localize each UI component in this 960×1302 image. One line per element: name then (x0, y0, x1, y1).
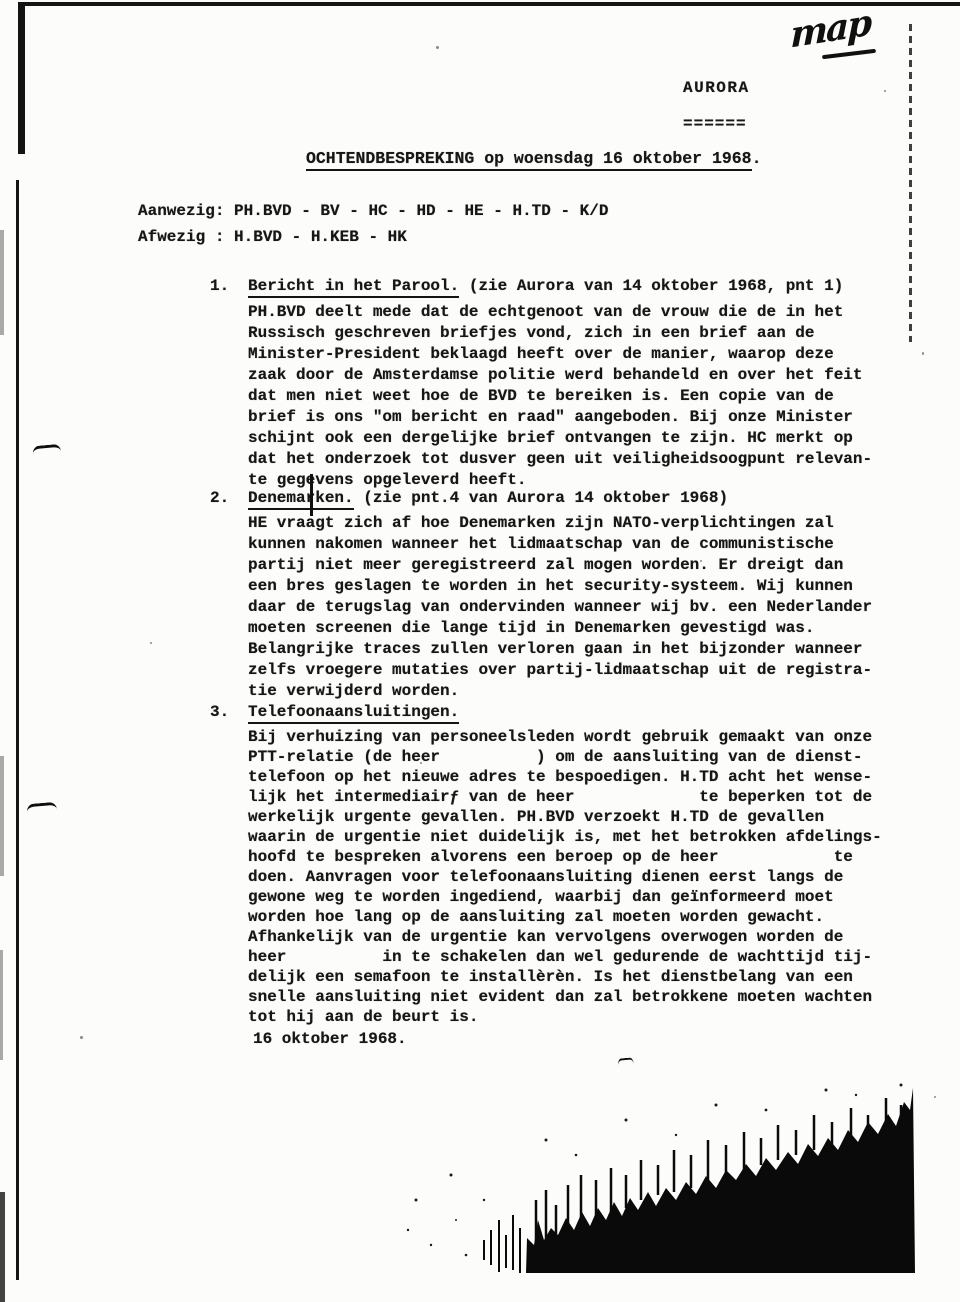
attendance-present-line: Aanwezig: PH.BVD - BV - HC - HD - HE - H… (138, 201, 608, 222)
document-page: map AURORA ====== OCHTENDBESPREKING op w… (0, 0, 960, 1302)
item-2-heading-ref: (zie pnt.4 van Aurora 14 oktober 1968) (354, 489, 728, 507)
item-1-body: PH.BVD deelt mede dat de echtgenoot van … (248, 302, 872, 491)
item-2-heading: Denemarken. (248, 489, 354, 510)
footer-date: 16 oktober 1968. (253, 1029, 407, 1050)
document-title: OCHTENDBESPREKING op woensdag 16 oktober… (306, 148, 761, 169)
pen-mark-vertical (310, 474, 313, 516)
scan-artifact (396, 1080, 918, 1285)
item-3-body: Bij verhuizing van personeelsleden wordt… (248, 727, 882, 1027)
item-3-heading: Telefoonaansluitingen. (248, 703, 459, 724)
scan-strip (0, 230, 4, 335)
scan-strip (0, 756, 4, 876)
pen-squiggle (26, 802, 57, 820)
item-3-heading-line: 3.Telefoonaansluitingen. (210, 702, 459, 723)
pen-squiggle (32, 444, 61, 461)
scan-speck (80, 1036, 83, 1039)
scan-speck (150, 642, 152, 644)
aurora-stamp: AURORA ====== (683, 53, 750, 159)
item-2-number: 2. (210, 488, 248, 509)
scan-strip (0, 950, 3, 1060)
item-1-heading-line: 1.Bericht in het Parool. (zie Aurora van… (210, 276, 843, 297)
pen-squiggle (617, 1057, 634, 1072)
scan-speck (884, 90, 886, 92)
aurora-stamp-underline: ====== (683, 117, 750, 131)
item-1-heading: Bericht in het Parool. (248, 277, 459, 298)
page-edge-left-thin (16, 180, 19, 1280)
handwritten-map-annotation: map (790, 1, 870, 56)
handwritten-map-text: map (790, 1, 870, 56)
item-2-heading-line: 2.Denemarken. (zie pnt.4 van Aurora 14 o… (210, 488, 728, 509)
scan-speck (922, 352, 924, 355)
item-1-heading-ref: (zie Aurora van 14 oktober 1968, pnt 1) (459, 277, 843, 295)
document-title-underlined: OCHTENDBESPREKING op woensdag 16 oktober… (306, 149, 752, 171)
scan-speck (934, 1096, 936, 1098)
scan-strip (0, 1192, 5, 1302)
attendance-absent-line: Afwezig : H.BVD - H.KEB - HK (138, 227, 407, 248)
page-edge-top (18, 2, 960, 6)
item-2-body: HE vraagt zich af hoe Denemarken zijn NA… (248, 513, 872, 702)
document-title-period: . (752, 149, 762, 168)
scan-speck (436, 46, 439, 49)
scan-speck (420, 762, 422, 764)
item-3-number: 3. (210, 702, 248, 723)
page-edge-left-thick (18, 2, 25, 154)
item-1-number: 1. (210, 276, 248, 297)
page-edge-right-dashed (909, 24, 912, 342)
scan-speck (700, 560, 702, 562)
aurora-stamp-text: AURORA (683, 81, 750, 95)
